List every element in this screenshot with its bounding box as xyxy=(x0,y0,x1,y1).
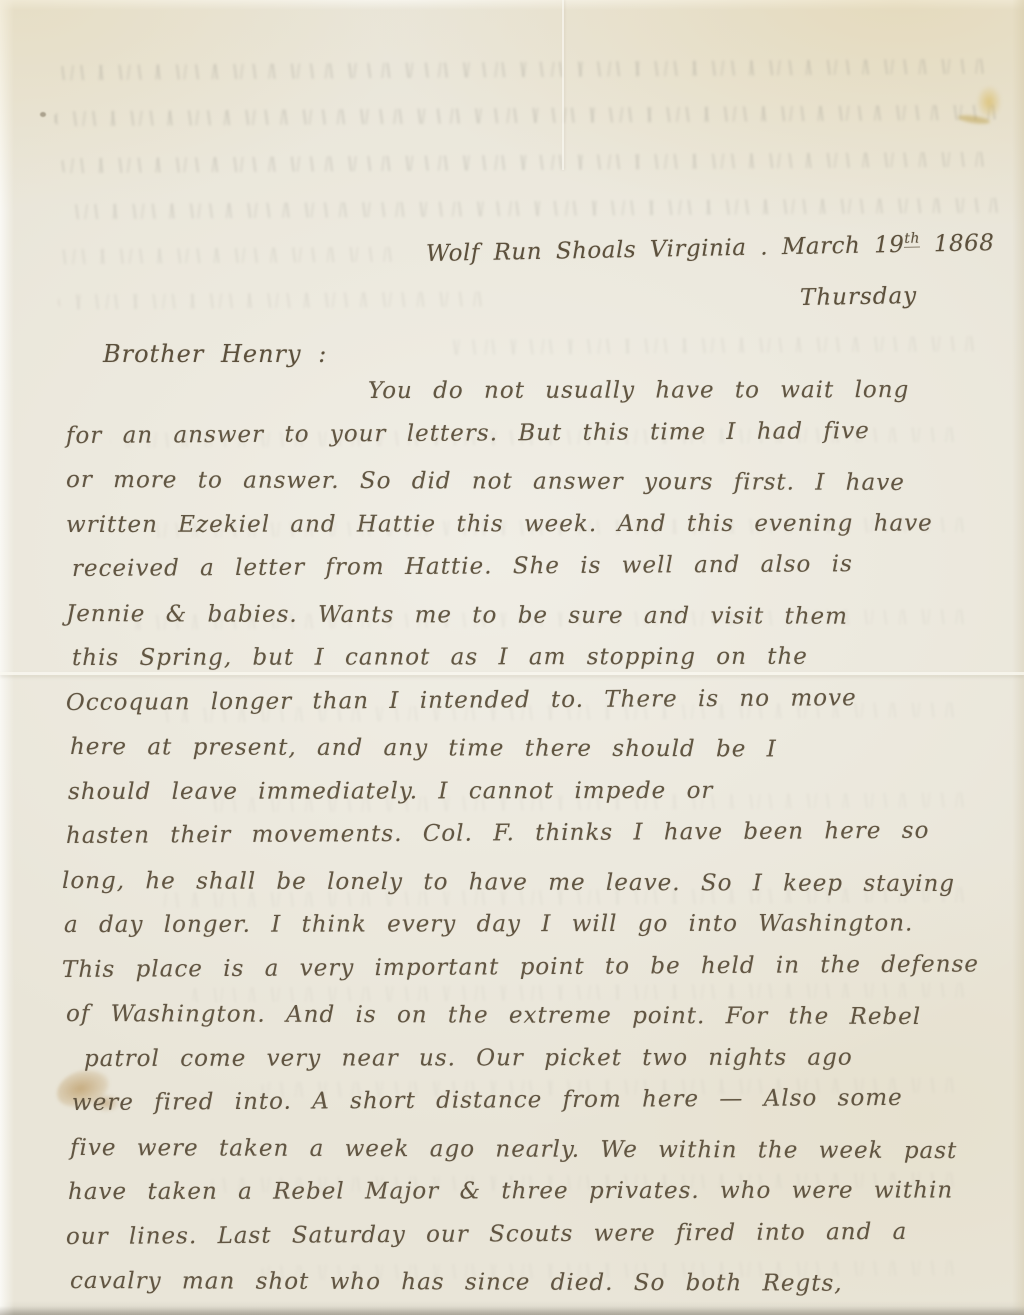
bleedthrough-line xyxy=(440,336,980,355)
letter-day: Thursday xyxy=(800,283,918,311)
page-bottom-edge xyxy=(0,1306,1024,1315)
date-ordinal-text: th xyxy=(904,231,920,248)
letter-body-line: Jennie & babies. Wants me to be sure and… xyxy=(66,601,848,630)
paper-stain xyxy=(977,86,1001,118)
bleedthrough-line xyxy=(58,59,990,81)
fold-crease xyxy=(0,672,1024,675)
letter-body-line: of Washington. And is on the extreme poi… xyxy=(66,1001,921,1030)
letter-body-line: this Spring, but I cannot as I am stoppi… xyxy=(72,644,808,671)
letter-salutation: Brother Henry : xyxy=(103,340,327,368)
paper-speck xyxy=(40,112,46,117)
letter-body-line: five were taken a week ago nearly. We wi… xyxy=(70,1135,957,1164)
letter-body-line: This place is a very important point to … xyxy=(62,951,979,983)
year-text: 1868 xyxy=(934,230,995,257)
letter-body-line: You do not usually have to wait long xyxy=(368,377,909,404)
letter-body-line: here at present, and any time there shou… xyxy=(70,734,777,762)
bleedthrough-line xyxy=(64,198,1004,220)
letter-body-line: hasten their movements. Col. F. thinks I… xyxy=(66,818,930,849)
letter-body-line: were fired into. A short distance from h… xyxy=(72,1085,903,1116)
bleedthrough-line xyxy=(60,152,990,173)
bleedthrough-line xyxy=(54,105,1002,127)
letter-body-line: for an answer to your letters. But this … xyxy=(66,418,870,449)
letter-body-line: should leave immediately. I cannot imped… xyxy=(68,778,713,805)
letter-body-line: cavalry man shot who has since died. So … xyxy=(70,1268,843,1297)
place-and-date-text: Wolf Run Shoals Virginia . March 19 xyxy=(426,232,905,267)
letter-page: Wolf Run Shoals Virginia . March 19th 18… xyxy=(0,0,1024,1315)
letter-body-line: long, he shall be lonely to have me leav… xyxy=(62,868,955,897)
bleedthrough-line xyxy=(190,982,970,1002)
fold-crease-vertical xyxy=(562,0,564,170)
letter-body-line: have taken a Rebel Major & three private… xyxy=(68,1177,953,1205)
letter-dateline: Wolf Run Shoals Virginia . March 19th 18… xyxy=(426,229,995,267)
letter-body-line: received a letter from Hattie. She is we… xyxy=(72,551,853,582)
letter-body-line: a day longer. I think every day I will g… xyxy=(64,911,913,938)
letter-body-line: written Ezekiel and Hattie this week. An… xyxy=(66,510,933,538)
bleedthrough-line xyxy=(58,291,488,309)
letter-body-line: our lines. Last Saturday our Scouts were… xyxy=(66,1219,907,1250)
letter-body-line: or more to answer. So did not answer you… xyxy=(66,467,905,496)
bleedthrough-line xyxy=(58,247,398,264)
letter-body-line: Occoquan longer than I intended to. Ther… xyxy=(66,685,857,716)
letter-body-line: patrol come very near us. Our picket two… xyxy=(84,1045,853,1072)
